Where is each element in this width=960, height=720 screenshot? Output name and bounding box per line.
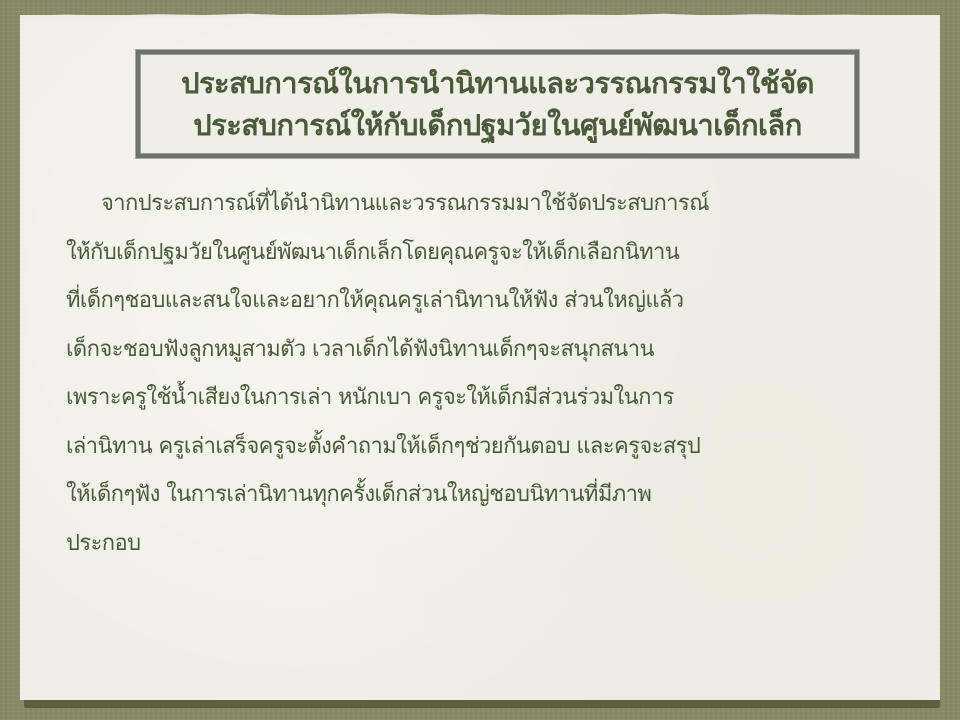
body-line-3: ที่เด็กๆชอบและสนใจและอยากให้คุณครูเล่านิ… [66,277,926,326]
body-line-5: เพราะครูใช้น้ำเสียงในการเล่า หนักเบา ครู… [66,374,926,423]
body-line-1: จากประสบการณ์ที่ได้นำนิทานและวรรณกรรมมาใ… [66,180,926,229]
body-line-8: ประกอบ [66,520,926,569]
slide-title-line-1: ประสบการณ์ในการนำนิทานและวรรณกรรมใาใช้จั… [181,62,814,104]
body-line-4: เด็กจะชอบฟังลูกหมูสามตัว เวลาเด็กได้ฟังน… [66,326,926,375]
body-line-7: ให้เด็กๆฟัง ในการเล่านิทานทุกครั้งเด็กส่… [66,471,926,520]
body-line-6: เล่านิทาน ครูเล่าเสร็จครูจะตั้งคำถามให้เ… [66,423,926,472]
slide-title-line-2: ประสบการณ์ให้กับเด็กปฐมวัยในศูนย์พัฒนาเด… [193,104,802,146]
title-box: ประสบการณ์ในการนำนิทานและวรรณกรรมใาใช้จั… [136,50,859,158]
paper-sheet: ประสบการณ์ในการนำนิทานและวรรณกรรมใาใช้จั… [20,15,940,700]
slide-body: จากประสบการณ์ที่ได้นำนิทานและวรรณกรรมมาใ… [66,180,926,568]
body-line-2: ให้กับเด็กปฐมวัยในศูนย์พัฒนาเด็กเล็กโดยค… [66,229,926,278]
torn-paper-edge [20,11,940,19]
